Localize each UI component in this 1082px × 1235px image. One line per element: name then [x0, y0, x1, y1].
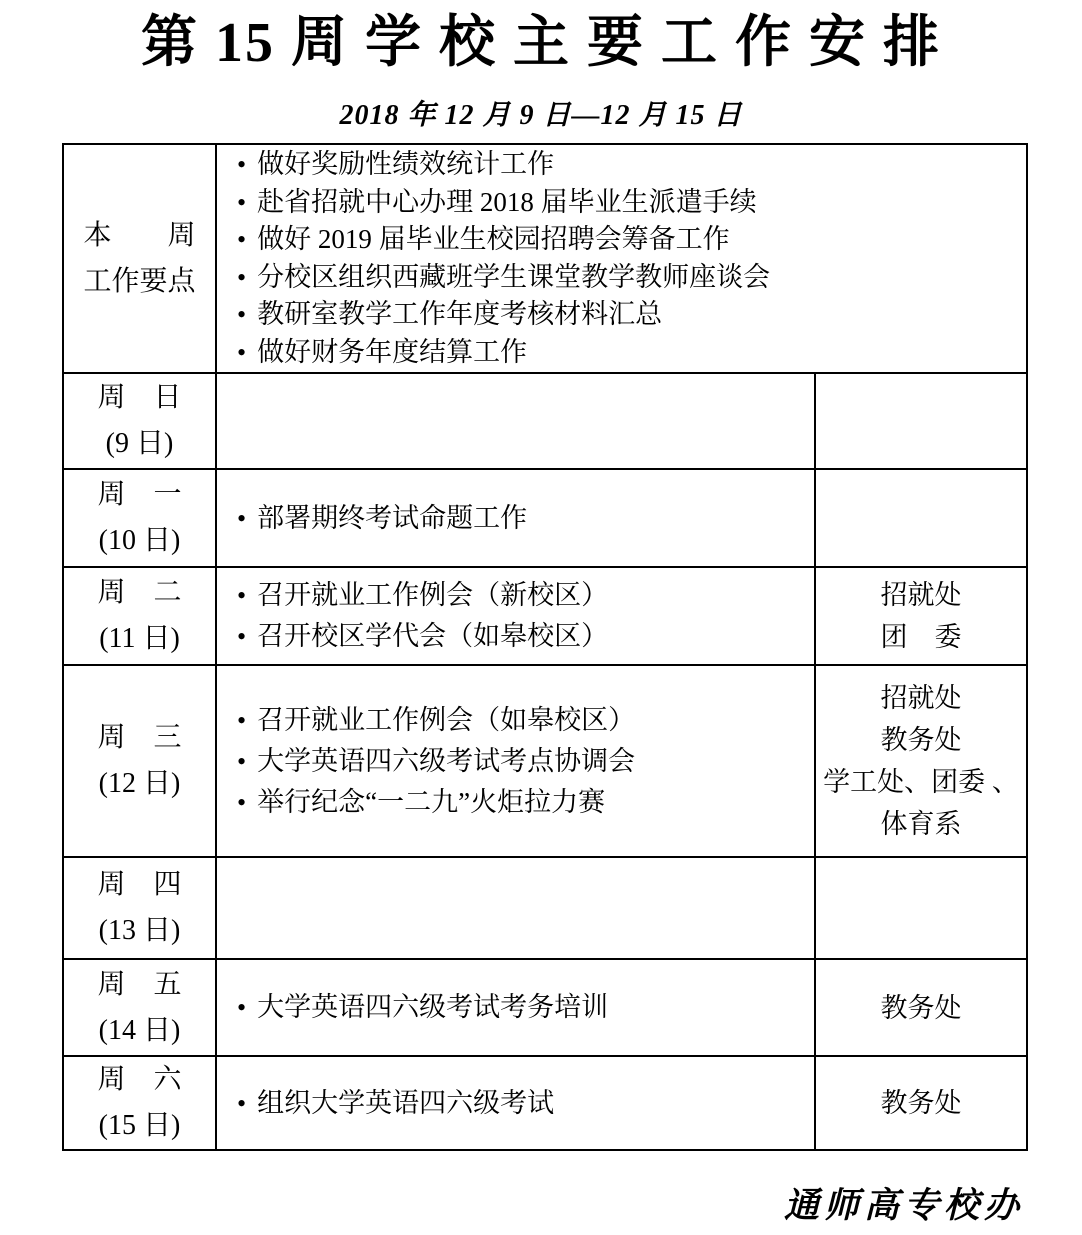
day-cell: 周 一 (10 日): [64, 470, 217, 566]
table-row-friday: 周 五 (14 日) •大学英语四六级考试考务培训 教务处: [64, 958, 1026, 1055]
bullet-icon: •: [237, 147, 246, 184]
item-text: 召开校区学代会（如皋校区）: [257, 616, 608, 656]
day-cell: 周 四 (13 日): [64, 858, 217, 958]
dept-cell: 教务处: [814, 960, 1026, 1055]
dept-cell: 招就处 团 委: [814, 568, 1026, 664]
day-cell: 周 五 (14 日): [64, 960, 217, 1055]
bullet-icon: •: [237, 185, 246, 222]
day-label: 周 三: [97, 715, 181, 761]
items-cell: •做好奖励性绩效统计工作 •赴省招就中心办理 2018 届毕业生派遣手续 •做好…: [217, 145, 1026, 372]
day-label: 周 二: [97, 570, 181, 616]
document-page: 第 15 周 学 校 主 要 工 作 安 排 2018 年 12 月 9 日—1…: [0, 0, 1082, 1235]
dept-line: 团 委: [881, 616, 962, 658]
day-date: (15 日): [99, 1103, 181, 1149]
dept-cell: 教务处: [814, 1057, 1026, 1149]
item-text: 做好 2019 届毕业生校园招聘会筹备工作: [257, 221, 730, 258]
items-cell: •部署期终考试命题工作: [217, 470, 814, 566]
day-date: (12 日): [99, 761, 181, 807]
item-text: 大学英语四六级考试考点协调会: [257, 741, 635, 781]
dept-cell: [814, 470, 1026, 566]
items-cell: •召开就业工作例会（新校区） •召开校区学代会（如皋校区）: [217, 568, 814, 664]
dept-line: 教务处: [881, 1082, 962, 1124]
day-label: 本 周: [83, 213, 195, 259]
day-date: (13 日): [99, 908, 181, 954]
day-label: 周 一: [97, 472, 181, 518]
day-cell: 周 三 (12 日): [64, 666, 217, 856]
dept-line: 招就处: [881, 677, 962, 719]
work-item: •举行纪念“一二九”火炬拉力赛: [237, 782, 806, 823]
dept-line: 体育系: [881, 803, 962, 845]
work-item: •召开就业工作例会（如皋校区）: [237, 700, 806, 741]
item-text: 部署期终考试命题工作: [257, 498, 527, 538]
bullet-icon: •: [237, 617, 246, 657]
items-cell: •大学英语四六级考试考务培训: [217, 960, 814, 1055]
footer-signature: 通师高专校办: [784, 1178, 1024, 1228]
work-item: •教研室教学工作年度考核材料汇总: [237, 296, 1018, 334]
work-item: •做好奖励性绩效统计工作: [237, 146, 1018, 184]
bullet-icon: •: [237, 222, 246, 259]
bullet-icon: •: [237, 783, 246, 823]
page-title: 第 15 周 学 校 主 要 工 作 安 排: [0, 0, 1082, 77]
bullet-icon: •: [237, 1084, 246, 1124]
item-text: 教研室教学工作年度考核材料汇总: [257, 296, 662, 333]
day-date: (11 日): [99, 616, 180, 662]
work-item: •召开校区学代会（如皋校区）: [237, 616, 806, 657]
table-row-saturday: 周 六 (15 日) •组织大学英语四六级考试 教务处: [64, 1055, 1026, 1149]
bullet-icon: •: [237, 701, 246, 741]
bullet-icon: •: [237, 742, 246, 782]
table-row-wednesday: 周 三 (12 日) •召开就业工作例会（如皋校区） •大学英语四六级考试考点协…: [64, 664, 1026, 856]
item-text: 举行纪念“一二九”火炬拉力赛: [257, 782, 605, 822]
page-subtitle: 2018 年 12 月 9 日—12 月 15 日: [0, 93, 1082, 133]
item-text: 赴省招就中心办理 2018 届毕业生派遣手续: [257, 184, 757, 221]
table-row-sunday: 周 日 (9 日): [64, 372, 1026, 468]
day-cell: 周 日 (9 日): [64, 374, 217, 468]
bullet-icon: •: [237, 499, 246, 539]
item-text: 做好财务年度结算工作: [257, 334, 527, 371]
table-row-monday: 周 一 (10 日) •部署期终考试命题工作: [64, 468, 1026, 566]
work-item: •大学英语四六级考试考务培训: [237, 987, 806, 1028]
bullet-icon: •: [237, 297, 246, 334]
bullet-icon: •: [237, 335, 246, 372]
week-schedule-table: 本 周 工作要点 •做好奖励性绩效统计工作 •赴省招就中心办理 2018 届毕业…: [62, 143, 1028, 1151]
day-label: 周 日: [97, 375, 181, 421]
work-item: •大学英语四六级考试考点协调会: [237, 741, 806, 782]
dept-cell: [814, 374, 1026, 468]
bullet-icon: •: [237, 988, 246, 1028]
dept-cell: 招就处 教务处 学工处、团委 、 体育系: [814, 666, 1026, 856]
work-item: •赴省招就中心办理 2018 届毕业生派遣手续: [237, 184, 1018, 222]
day-label-line2: 工作要点: [83, 259, 195, 305]
dept-line: 学工处、团委 、: [823, 761, 1019, 803]
dept-line: 教务处: [881, 987, 962, 1029]
item-text: 组织大学英语四六级考试: [257, 1083, 554, 1123]
dept-cell: [814, 858, 1026, 958]
table-row-thursday: 周 四 (13 日): [64, 856, 1026, 958]
day-date: (14 日): [99, 1008, 181, 1054]
work-item: •做好 2019 届毕业生校园招聘会筹备工作: [237, 221, 1018, 259]
day-label: 周 五: [97, 962, 181, 1008]
work-item: •部署期终考试命题工作: [237, 498, 806, 539]
item-text: 做好奖励性绩效统计工作: [257, 146, 554, 183]
items-cell: [217, 374, 814, 468]
dept-line: 招就处: [881, 574, 962, 616]
table-row-keypoints: 本 周 工作要点 •做好奖励性绩效统计工作 •赴省招就中心办理 2018 届毕业…: [64, 145, 1026, 372]
table-row-tuesday: 周 二 (11 日) •召开就业工作例会（新校区） •召开校区学代会（如皋校区）…: [64, 566, 1026, 664]
day-cell: 周 六 (15 日): [64, 1057, 217, 1149]
day-cell: 本 周 工作要点: [64, 145, 217, 372]
bullet-icon: •: [237, 576, 246, 616]
work-item: •做好财务年度结算工作: [237, 334, 1018, 372]
bullet-icon: •: [237, 260, 246, 297]
items-cell: •组织大学英语四六级考试: [217, 1057, 814, 1149]
item-text: 大学英语四六级考试考务培训: [257, 987, 608, 1027]
day-date: (10 日): [99, 518, 181, 564]
work-item: •组织大学英语四六级考试: [237, 1083, 806, 1124]
items-cell: •召开就业工作例会（如皋校区） •大学英语四六级考试考点协调会 •举行纪念“一二…: [217, 666, 814, 856]
day-label: 周 六: [97, 1057, 181, 1103]
item-text: 召开就业工作例会（如皋校区）: [257, 700, 635, 740]
day-cell: 周 二 (11 日): [64, 568, 217, 664]
item-text: 召开就业工作例会（新校区）: [257, 575, 608, 615]
work-item: •分校区组织西藏班学生课堂教学教师座谈会: [237, 259, 1018, 297]
items-cell: [217, 858, 814, 958]
day-date: (9 日): [106, 421, 174, 467]
dept-line: 教务处: [881, 719, 962, 761]
work-item: •召开就业工作例会（新校区）: [237, 575, 806, 616]
item-text: 分校区组织西藏班学生课堂教学教师座谈会: [257, 259, 770, 296]
day-label: 周 四: [97, 862, 181, 908]
